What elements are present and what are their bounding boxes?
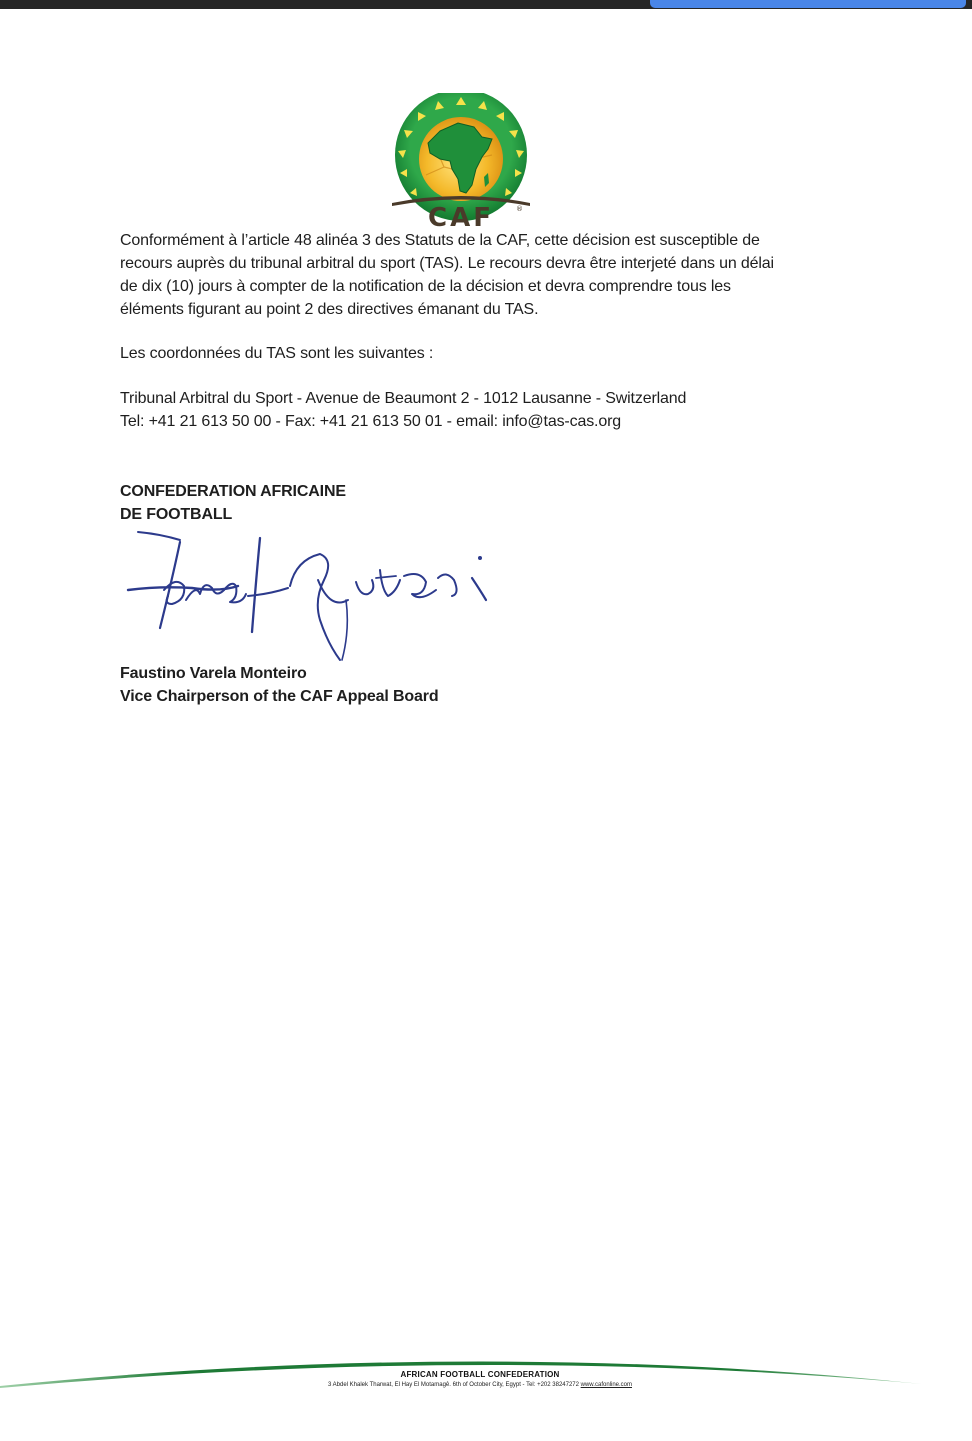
address-line: Tribunal Arbitral du Sport - Avenue de B…: [120, 387, 686, 410]
paragraph-line: éléments figurant au point 2 des directi…: [120, 298, 860, 321]
caf-logo: CAF ®: [388, 93, 534, 229]
paragraph-line: de dix (10) jours à compter de la notifi…: [120, 275, 860, 298]
appeal-paragraph: Conformément à l’article 48 alinéa 3 des…: [120, 229, 860, 321]
footer-address: 3 Abdel Khalek Tharwat, El Hay El Motama…: [0, 1382, 960, 1388]
footer-organization: AFRICAN FOOTBALL CONFEDERATION: [0, 1370, 960, 1379]
paragraph-line: recours auprès du tribunal arbitral du s…: [120, 252, 860, 275]
signature: [120, 520, 500, 665]
paragraph-line: Conformément à l’article 48 alinéa 3 des…: [120, 229, 860, 252]
svg-text:®: ®: [516, 205, 523, 213]
signer-name: Faustino Varela Monteiro: [120, 662, 439, 685]
tas-address: Tribunal Arbitral du Sport - Avenue de B…: [120, 387, 686, 433]
signer-title: Vice Chairperson of the CAF Appeal Board: [120, 685, 439, 708]
top-bar: [0, 0, 972, 9]
contact-line: Tel: +41 21 613 50 00 - Fax: +41 21 613 …: [120, 410, 686, 433]
website-link[interactable]: www.cafonline.com: [581, 1382, 632, 1388]
svg-text:CAF: CAF: [428, 203, 494, 229]
signer-block: Faustino Varela Monteiro Vice Chairperso…: [120, 662, 439, 708]
tas-contact-intro: Les coordonnées du TAS sont les suivante…: [120, 342, 433, 365]
active-tab-indicator[interactable]: [650, 0, 966, 8]
